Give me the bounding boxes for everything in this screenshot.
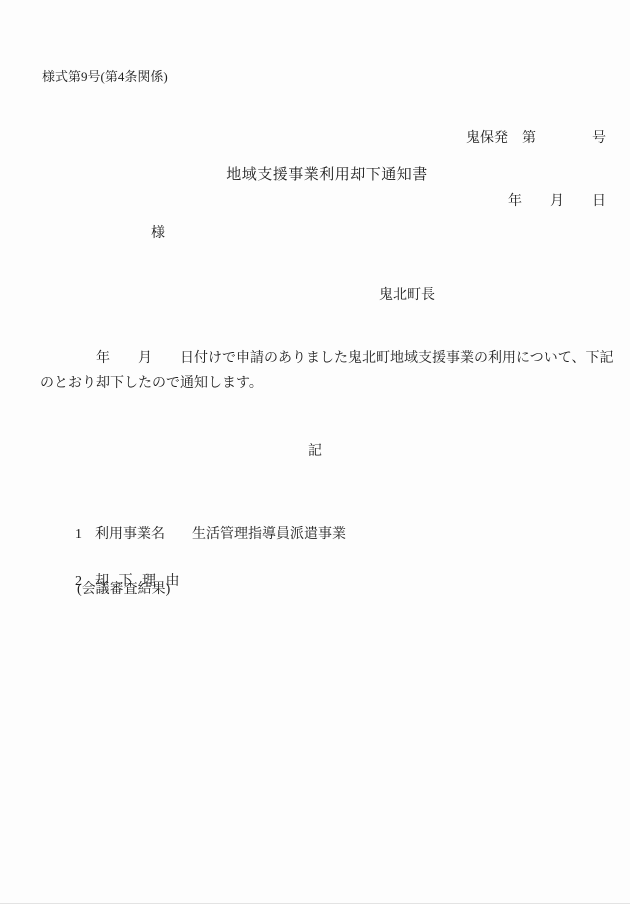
- sender-title: 鬼北町長: [379, 284, 435, 304]
- document-page: 様式第9号(第4条関係) 鬼保発 第 号 年 月 日 地域支援事業利用却下通知書…: [0, 0, 630, 904]
- document-title: 地域支援事業利用却下通知書: [0, 163, 630, 184]
- item-1-number: 1: [75, 527, 82, 543]
- section-marker: 記: [0, 440, 630, 460]
- item-1: 1利用事業名生活管理指導員派遣事業: [61, 507, 346, 559]
- addressee-honorific: 様: [151, 222, 165, 242]
- document-number-line: 鬼保発 第 号: [466, 128, 606, 149]
- item-1-value: 生活管理指導員派遣事業: [192, 527, 346, 542]
- form-number: 様式第9号(第4条関係): [42, 66, 168, 85]
- body-paragraph: 年 月 日付けで申請のありました鬼北町地域支援事業の利用について、下記 のとおり…: [40, 346, 620, 396]
- document-date-line: 年 月 日: [466, 191, 606, 212]
- item-2-note: (会議審査結果): [77, 578, 170, 598]
- item-1-label: 利用事業名: [95, 527, 165, 542]
